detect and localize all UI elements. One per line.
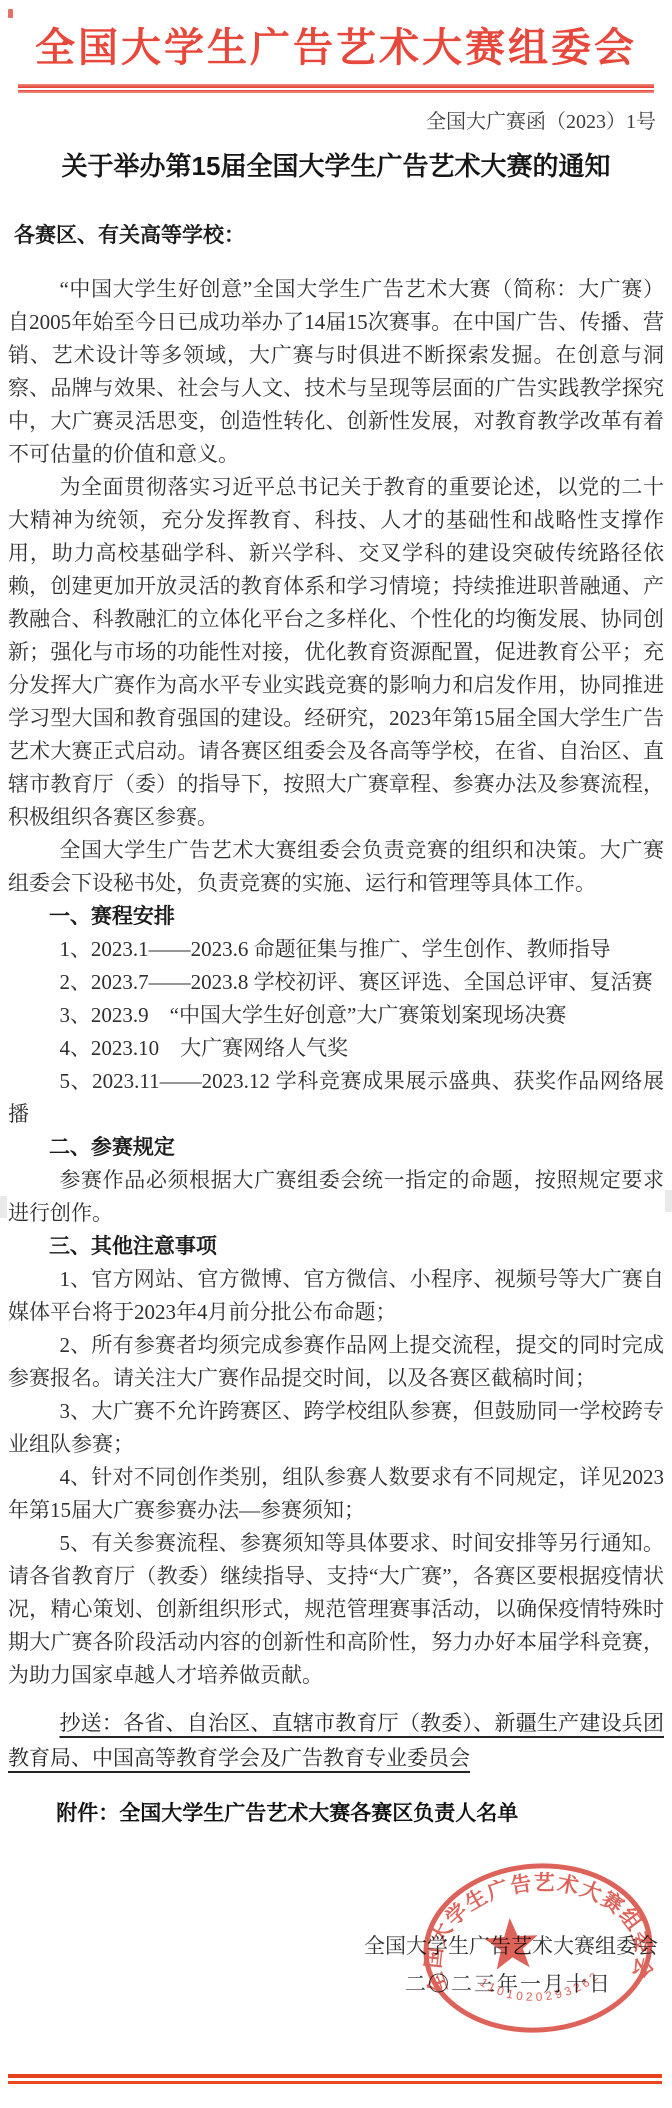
document-number: 全国大广赛函（2023）1号	[16, 109, 656, 135]
scan-artifact-dot	[8, 9, 13, 18]
scan-smudge-right	[665, 1190, 672, 1212]
note-item: 3、大广赛不允许跨赛区、跨学校组队参赛，但鼓励同一学校跨专业组队参赛；	[0, 1395, 672, 1461]
signature-org: 全国大学生广告艺术大赛组委会	[0, 1930, 658, 1963]
note-item: 2、所有参赛者均须完成参赛作品网上提交流程，提交的同时完成参赛报名。请关注大广赛…	[0, 1329, 672, 1395]
schedule-item: 2、2023.7——2023.8 学校初评、赛区评选、全国总评审、复活赛	[0, 966, 672, 999]
letterhead-org-name: 全国大学生广告艺术大赛组委会	[20, 20, 652, 76]
footer-divider	[8, 2074, 662, 2084]
signature-date: 二〇二三年一月十日	[0, 1968, 612, 2001]
section-schedule: 一、赛程安排 1、2023.1——2023.6 命题征集与推广、学生创作、教师指…	[0, 900, 672, 1131]
section-schedule-items: 1、2023.1——2023.6 命题征集与推广、学生创作、教师指导2、2023…	[0, 933, 672, 1131]
section-notes-items: 1、官方网站、官方微博、官方微信、小程序、视频号等大广赛自媒体平台将于2023年…	[0, 1263, 672, 1692]
section-rules: 二、参赛规定 参赛作品必须根据大广赛组委会统一指定的命题，按照规定要求进行创作。	[0, 1131, 672, 1230]
section-rules-items: 参赛作品必须根据大广赛组委会统一指定的命题，按照规定要求进行创作。	[0, 1164, 672, 1230]
note-item: 5、有关参赛流程、参赛须知等具体要求、时间安排等另行通知。请各省教育厅（教委）继…	[0, 1527, 672, 1692]
section-heading: 三、其他注意事项	[0, 1230, 672, 1263]
note-item: 1、官方网站、官方微博、官方微信、小程序、视频号等大广赛自媒体平台将于2023年…	[0, 1263, 672, 1329]
cc-line: 抄送：各省、自治区、直辖市教育厅（教委）、新疆生产建设兵团教育局、中国高等教育学…	[0, 1706, 672, 1776]
letterhead-divider	[18, 84, 654, 93]
paragraph: 全国大学生广告艺术大赛组委会负责竞赛的组织和决策。大广赛组委会下设秘书处，负责竞…	[0, 834, 672, 900]
note-item: 4、针对不同创作类别，组队参赛人数要求有不同规定，详见2023年第15届大广赛参…	[0, 1461, 672, 1527]
paragraph: 为全面贯彻落实习近平总书记关于教育的重要论述，以党的二十大精神为统领，充分发挥教…	[0, 471, 672, 834]
paragraph: “中国大学生好创意”全国大学生广告艺术大赛（简称：大广赛）自2005年始至今日已…	[0, 273, 672, 471]
attachment-line: 附件：全国大学生广告艺术大赛各赛区负责人名单	[0, 1797, 672, 1830]
section-heading: 一、赛程安排	[0, 900, 672, 933]
document-title: 关于举办第15届全国大学生广告艺术大赛的通知	[0, 149, 672, 183]
schedule-item: 4、2023.10 大广赛网络人气奖	[0, 1032, 672, 1065]
divider-thin-rule	[18, 90, 654, 93]
intro-paragraphs: “中国大学生好创意”全国大学生广告艺术大赛（简称：大广赛）自2005年始至今日已…	[0, 273, 672, 900]
section-notes: 三、其他注意事项 1、官方网站、官方微博、官方微信、小程序、视频号等大广赛自媒体…	[0, 1230, 672, 1692]
schedule-item: 1、2023.1——2023.6 命题征集与推广、学生创作、教师指导	[0, 933, 672, 966]
footer-divider-thin-rule	[8, 2081, 662, 2084]
scan-smudge-left	[0, 1196, 7, 1218]
schedule-item: 3、2023.9 “中国大学生好创意”大广赛策划案现场决赛	[0, 999, 672, 1032]
section-heading: 二、参赛规定	[0, 1131, 672, 1164]
notice-document: 全国大学生广告艺术大赛组委会 全国大广赛函（2023）1号 关于举办第15届全国…	[0, 0, 672, 2108]
salutation-line: 各赛区、有关高等学校：	[0, 221, 672, 251]
rules-paragraph: 参赛作品必须根据大广赛组委会统一指定的命题，按照规定要求进行创作。	[0, 1164, 672, 1230]
document-body: “中国大学生好创意”全国大学生广告艺术大赛（简称：大广赛）自2005年始至今日已…	[0, 273, 672, 1830]
schedule-item: 5、2023.11——2023.12 学科竞赛成果展示盛典、获奖作品网络展播	[0, 1065, 672, 1131]
